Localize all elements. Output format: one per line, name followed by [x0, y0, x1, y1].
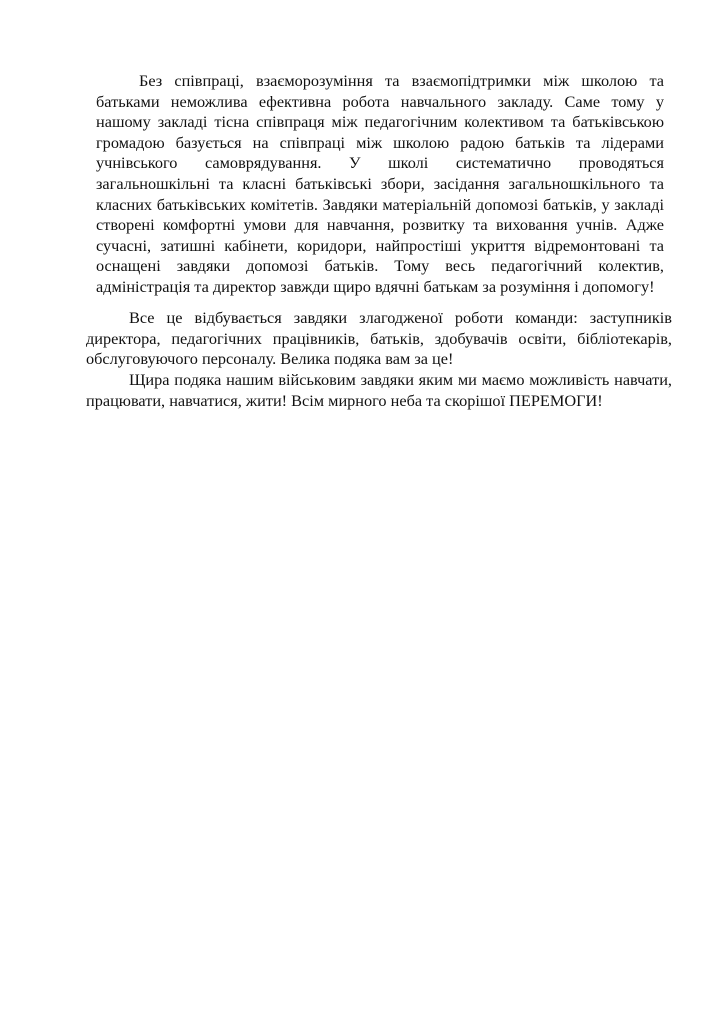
paragraph-team-thanks: Все це відбувається завдяки злагодженої …	[86, 308, 672, 370]
paragraph-cooperation: Без співпраці, взаєморозуміння та взаємо…	[96, 71, 664, 298]
document-page: Без співпраці, взаєморозуміння та взаємо…	[0, 0, 724, 1024]
paragraph-military-thanks: Щира подяка нашим військовим завдяки яки…	[86, 370, 672, 411]
